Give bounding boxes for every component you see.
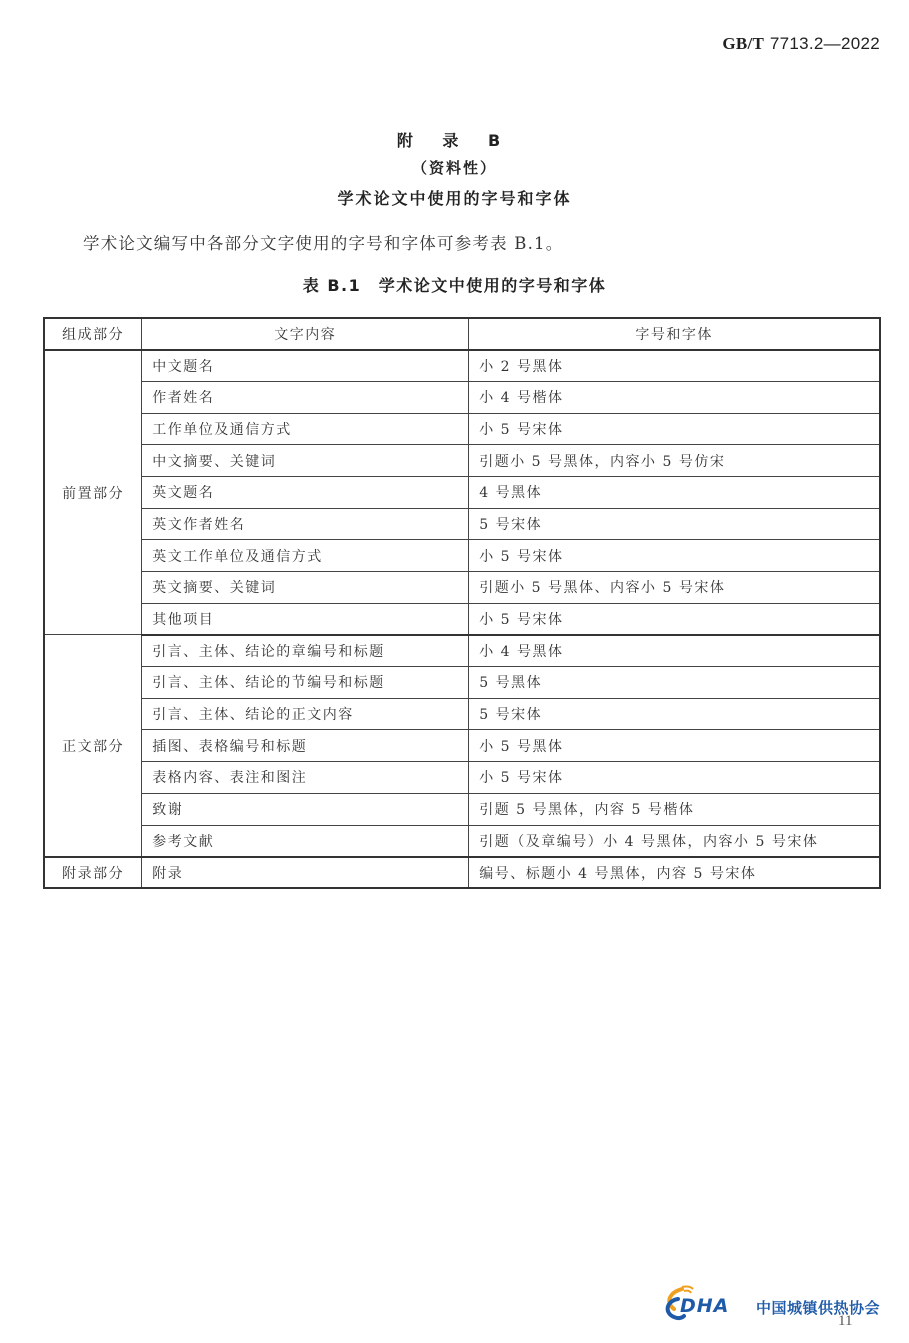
table-row: 引言、主体、结论的节编号和标题 5 号黑体 bbox=[44, 667, 880, 699]
appendix-type: （资料性） bbox=[0, 157, 909, 178]
font-cell: 5 号宋体 bbox=[469, 698, 880, 730]
standard-number: 7713.2—2022 bbox=[770, 34, 880, 53]
font-cell: 小 5 号黑体 bbox=[469, 730, 880, 762]
column-header-font: 字号和字体 bbox=[469, 318, 880, 350]
table-row: 引言、主体、结论的正文内容 5 号宋体 bbox=[44, 698, 880, 730]
font-cell: 编号、标题小 4 号黑体，内容 5 号宋体 bbox=[469, 857, 880, 889]
page-number: 11 bbox=[838, 1313, 852, 1330]
logo-text: DHA bbox=[680, 1295, 729, 1317]
font-cell: 小 5 号宋体 bbox=[469, 603, 880, 635]
font-cell: 小 4 号楷体 bbox=[469, 381, 880, 413]
content-cell: 参考文献 bbox=[142, 825, 469, 857]
content-cell: 表格内容、表注和图注 bbox=[142, 762, 469, 794]
group-cell-appendix: 附录部分 bbox=[44, 857, 142, 889]
footer-logo: DHA 中国城镇供热协会 bbox=[660, 1283, 890, 1323]
table-caption: 表 B.1 学术论文中使用的字号和字体 bbox=[0, 273, 909, 296]
font-cell: 引题 5 号黑体，内容 5 号楷体 bbox=[469, 793, 880, 825]
table-row: 前置部分 中文题名 小 2 号黑体 bbox=[44, 350, 880, 382]
font-cell: 引题小 5 号黑体、内容小 5 号宋体 bbox=[469, 572, 880, 604]
font-cell: 4 号黑体 bbox=[469, 476, 880, 508]
table-row: 致谢 引题 5 号黑体，内容 5 号楷体 bbox=[44, 793, 880, 825]
table-row: 附录部分 附录 编号、标题小 4 号黑体，内容 5 号宋体 bbox=[44, 857, 880, 889]
appendix-title: 附 录 B bbox=[0, 128, 909, 151]
table-row: 工作单位及通信方式 小 5 号宋体 bbox=[44, 413, 880, 445]
content-cell: 英文摘要、关键词 bbox=[142, 572, 469, 604]
content-cell: 引言、主体、结论的正文内容 bbox=[142, 698, 469, 730]
intro-paragraph: 学术论文编写中各部分文字使用的字号和字体可参考表 B.1。 bbox=[83, 230, 563, 254]
column-header-section: 组成部分 bbox=[44, 318, 142, 350]
column-header-content: 文字内容 bbox=[142, 318, 469, 350]
table-row: 英文摘要、关键词 引题小 5 号黑体、内容小 5 号宋体 bbox=[44, 572, 880, 604]
table-row: 参考文献 引题（及章编号）小 4 号黑体，内容小 5 号宋体 bbox=[44, 825, 880, 857]
content-cell: 引言、主体、结论的节编号和标题 bbox=[142, 667, 469, 699]
font-cell: 小 5 号宋体 bbox=[469, 540, 880, 572]
font-cell: 小 5 号宋体 bbox=[469, 762, 880, 794]
table-header-row: 组成部分 文字内容 字号和字体 bbox=[44, 318, 880, 350]
content-cell: 插图、表格编号和标题 bbox=[142, 730, 469, 762]
font-spec-table: 组成部分 文字内容 字号和字体 前置部分 中文题名 小 2 号黑体 作者姓名 小… bbox=[43, 317, 881, 889]
standard-code: GB/T 7713.2—2022 bbox=[722, 34, 880, 54]
font-cell: 5 号宋体 bbox=[469, 508, 880, 540]
table-row: 作者姓名 小 4 号楷体 bbox=[44, 381, 880, 413]
font-cell: 小 2 号黑体 bbox=[469, 350, 880, 382]
content-cell: 引言、主体、结论的章编号和标题 bbox=[142, 635, 469, 667]
content-cell: 中文摘要、关键词 bbox=[142, 445, 469, 477]
content-cell: 英文工作单位及通信方式 bbox=[142, 540, 469, 572]
content-cell: 其他项目 bbox=[142, 603, 469, 635]
font-cell: 5 号黑体 bbox=[469, 667, 880, 699]
content-cell: 工作单位及通信方式 bbox=[142, 413, 469, 445]
table-row: 表格内容、表注和图注 小 5 号宋体 bbox=[44, 762, 880, 794]
group-cell-front-matter: 前置部分 bbox=[44, 350, 142, 635]
content-cell: 英文题名 bbox=[142, 476, 469, 508]
font-cell: 小 4 号黑体 bbox=[469, 635, 880, 667]
table-row: 正文部分 引言、主体、结论的章编号和标题 小 4 号黑体 bbox=[44, 635, 880, 667]
table-row: 英文题名 4 号黑体 bbox=[44, 476, 880, 508]
content-cell: 英文作者姓名 bbox=[142, 508, 469, 540]
font-cell: 小 5 号宋体 bbox=[469, 413, 880, 445]
table-row: 中文摘要、关键词 引题小 5 号黑体，内容小 5 号仿宋 bbox=[44, 445, 880, 477]
organization-name: 中国城镇供热协会 bbox=[756, 1297, 880, 1318]
content-cell: 中文题名 bbox=[142, 350, 469, 382]
group-cell-main-body: 正文部分 bbox=[44, 635, 142, 857]
standard-prefix: GB/T bbox=[722, 34, 764, 53]
table-row: 英文工作单位及通信方式 小 5 号宋体 bbox=[44, 540, 880, 572]
content-cell: 作者姓名 bbox=[142, 381, 469, 413]
content-cell: 致谢 bbox=[142, 793, 469, 825]
table-row: 插图、表格编号和标题 小 5 号黑体 bbox=[44, 730, 880, 762]
appendix-subtitle: 学术论文中使用的字号和字体 bbox=[0, 186, 909, 209]
content-cell: 附录 bbox=[142, 857, 469, 889]
table-row: 英文作者姓名 5 号宋体 bbox=[44, 508, 880, 540]
table-row: 其他项目 小 5 号宋体 bbox=[44, 603, 880, 635]
font-cell: 引题小 5 号黑体，内容小 5 号仿宋 bbox=[469, 445, 880, 477]
font-cell: 引题（及章编号）小 4 号黑体，内容小 5 号宋体 bbox=[469, 825, 880, 857]
